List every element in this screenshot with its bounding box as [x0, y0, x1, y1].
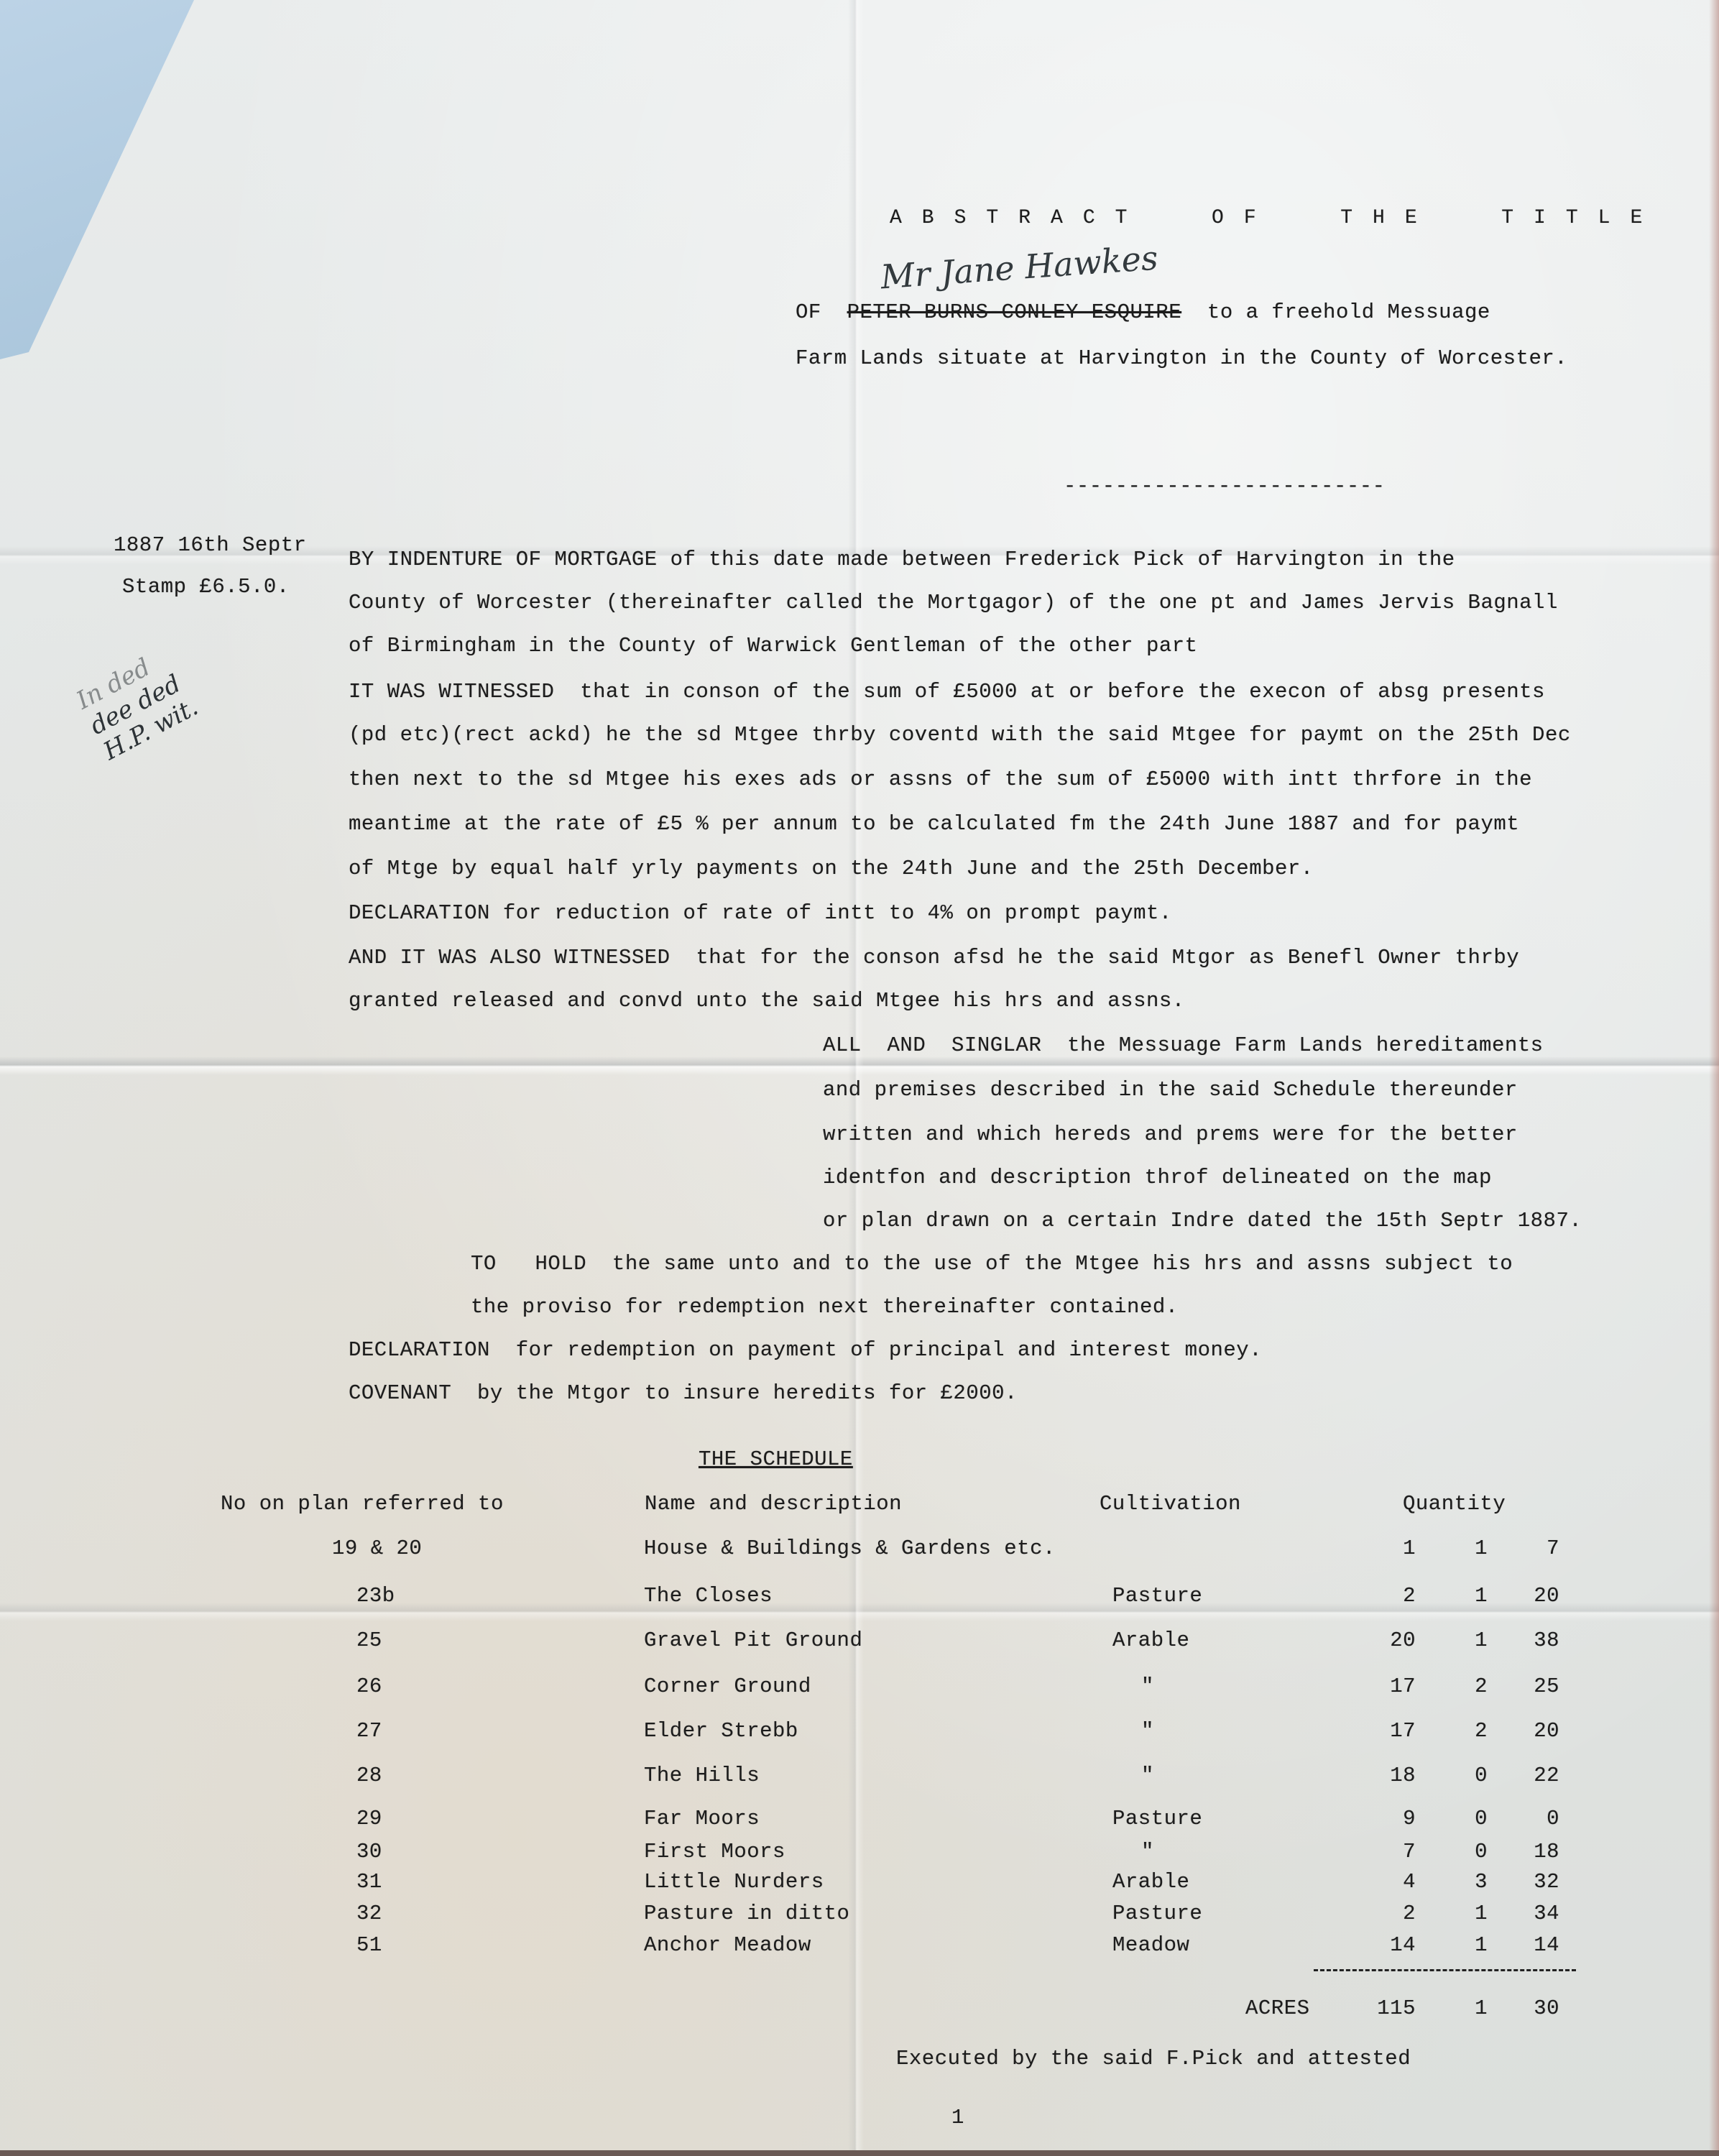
recital-line: of Mtge by equal half yrly payments on t… — [349, 857, 1314, 880]
quantity-roods: 2 — [1459, 1674, 1488, 1698]
margin-stamp: Stamp £6.5.0. — [122, 575, 290, 599]
quantity-perches: 25 — [1516, 1674, 1559, 1698]
quantity-roods: 3 — [1459, 1870, 1488, 1894]
quantity-roods: 0 — [1459, 1764, 1488, 1787]
col-header-cultivation: Cultivation — [1100, 1492, 1241, 1516]
quantity-acres: 20 — [1351, 1628, 1416, 1652]
recital-line: AND IT WAS ALSO WITNESSED that for the c… — [349, 946, 1519, 969]
parcel-name: Pasture in ditto — [644, 1902, 849, 1925]
parcel-name: Gravel Pit Ground — [644, 1628, 862, 1652]
margin-date: 1887 16th Septr — [114, 533, 307, 557]
page-number: 1 — [951, 2106, 964, 2129]
plan-number: 32 — [356, 1902, 382, 1925]
quantity-roods: 1 — [1459, 1628, 1488, 1652]
parcels-line: written and which hereds and prems were … — [823, 1123, 1518, 1146]
schedule-heading: THE SCHEDULE — [699, 1447, 853, 1471]
quantity-acres: 2 — [1351, 1902, 1416, 1925]
parcels-line: and premises described in the said Sched… — [823, 1078, 1518, 1102]
recital-line: granted released and convd unto the said… — [349, 989, 1185, 1013]
quantity-acres: 2 — [1351, 1584, 1416, 1608]
quantity-acres: 17 — [1351, 1719, 1416, 1743]
quantity-perches: 32 — [1516, 1870, 1559, 1894]
struck-out-name: PETER BURNS-CONLEY ESQUIRE — [847, 300, 1181, 324]
total-label: ACRES — [1245, 1996, 1310, 2020]
quantity-perches: 0 — [1516, 1807, 1559, 1830]
quantity-perches: 20 — [1516, 1584, 1559, 1608]
parcel-name: Elder Strebb — [644, 1719, 798, 1743]
quantity-acres: 17 — [1351, 1674, 1416, 1698]
plan-number: 25 — [356, 1628, 382, 1652]
total-acres: 115 — [1351, 1996, 1416, 2020]
parcels-line: ALL AND SINGLAR the Messuage Farm Lands … — [823, 1033, 1544, 1057]
parcel-name: Anchor Meadow — [644, 1933, 811, 1957]
recital-line: then next to the sd Mtgee his exes ads o… — [349, 768, 1532, 791]
recital-line: meantime at the rate of £5 % per annum t… — [349, 812, 1519, 836]
quantity-perches: 34 — [1516, 1902, 1559, 1925]
recital-line: BY INDENTURE OF MORTGAGE of this date ma… — [349, 548, 1455, 571]
plan-number: 28 — [356, 1764, 382, 1787]
quantity-roods: 1 — [1459, 1584, 1488, 1608]
habendum-line-1: TO HOLD the same unto and to the use of … — [471, 1252, 1513, 1276]
quantity-roods: 1 — [1459, 1537, 1488, 1560]
quantity-perches: 7 — [1516, 1537, 1559, 1560]
execution-note: Executed by the said F.Pick and attested — [896, 2047, 1411, 2070]
covenant-insure: COVENANT by the Mtgor to insure heredits… — [349, 1381, 1018, 1405]
of-prefix: OF — [796, 300, 821, 324]
document-title: ABSTRACT OF THE TITLE — [890, 207, 1662, 229]
parcels-line: or plan drawn on a certain Indre dated t… — [823, 1209, 1582, 1233]
quantity-acres: 18 — [1351, 1764, 1416, 1787]
total-perches: 30 — [1516, 1996, 1559, 2020]
parcel-name: First Moors — [644, 1840, 785, 1864]
quantity-perches: 14 — [1516, 1933, 1559, 1957]
parcel-name: The Hills — [644, 1764, 760, 1787]
title-line-2: Farm Lands situate at Harvington in the … — [796, 346, 1567, 370]
col-header-plan-no: No on plan referred to — [221, 1492, 504, 1516]
parcel-name: The Closes — [644, 1584, 773, 1608]
parcel-name: House & Buildings & Gardens etc. — [644, 1537, 1056, 1560]
quantity-acres: 1 — [1351, 1537, 1416, 1560]
quantity-perches: 38 — [1516, 1628, 1559, 1652]
cultivation: Pasture — [1112, 1902, 1202, 1925]
plan-number: 31 — [356, 1870, 382, 1894]
cultivation: Meadow — [1112, 1933, 1189, 1957]
plan-number: 23b — [356, 1584, 395, 1608]
parcel-name: Far Moors — [644, 1807, 760, 1830]
paper-edge-bottom — [0, 2150, 1719, 2156]
declaration-redemption: DECLARATION for redemption on payment of… — [349, 1338, 1262, 1362]
title-line-rest: to a freehold Messuage — [1207, 300, 1490, 324]
plan-number: 30 — [356, 1840, 382, 1864]
parcels-line: identfon and description throf delineate… — [823, 1166, 1492, 1189]
recital-line: County of Worcester (thereinafter called… — [349, 591, 1558, 614]
separator-line: ------------------------- — [1064, 474, 1386, 498]
quantity-acres: 9 — [1351, 1807, 1416, 1830]
plan-number: 19 & 20 — [332, 1537, 422, 1560]
cultivation: " — [1141, 1674, 1154, 1698]
cultivation: " — [1141, 1840, 1154, 1864]
recital-line: of Birmingham in the County of Warwick G… — [349, 634, 1198, 658]
plan-number: 27 — [356, 1719, 382, 1743]
paper-edge-right — [1709, 0, 1719, 2156]
quantity-acres: 14 — [1351, 1933, 1416, 1957]
cultivation: Arable — [1112, 1628, 1189, 1652]
cultivation: " — [1141, 1764, 1154, 1787]
quantity-perches: 22 — [1516, 1764, 1559, 1787]
total-roods: 1 — [1459, 1996, 1488, 2020]
total-rule — [1314, 1969, 1576, 1971]
quantity-roods: 1 — [1459, 1933, 1488, 1957]
recital-line: IT WAS WITNESSED that in conson of the s… — [349, 680, 1545, 704]
plan-number: 29 — [356, 1807, 382, 1830]
cultivation: " — [1141, 1719, 1154, 1743]
title-line-1: OF PETER BURNS-CONLEY ESQUIRE to a freeh… — [796, 300, 1490, 324]
parcel-name: Corner Ground — [644, 1674, 811, 1698]
quantity-acres: 7 — [1351, 1840, 1416, 1864]
cultivation: Pasture — [1112, 1584, 1202, 1608]
quantity-perches: 18 — [1516, 1840, 1559, 1864]
recital-line: (pd etc)(rect ackd) he the sd Mtgee thrb… — [349, 723, 1571, 747]
cultivation: Arable — [1112, 1870, 1189, 1894]
col-header-quantity: Quantity — [1403, 1492, 1506, 1516]
habendum-line-2: the proviso for redemption next thereina… — [471, 1295, 1179, 1319]
quantity-roods: 0 — [1459, 1840, 1488, 1864]
cultivation: Pasture — [1112, 1807, 1202, 1830]
quantity-perches: 20 — [1516, 1719, 1559, 1743]
recital-line: DECLARATION for reduction of rate of int… — [349, 901, 1172, 925]
quantity-roods: 1 — [1459, 1902, 1488, 1925]
parcel-name: Little Nurders — [644, 1870, 824, 1894]
quantity-roods: 0 — [1459, 1807, 1488, 1830]
plan-number: 51 — [356, 1933, 382, 1957]
col-header-name: Name and description — [645, 1492, 902, 1516]
plan-number: 26 — [356, 1674, 382, 1698]
quantity-roods: 2 — [1459, 1719, 1488, 1743]
quantity-acres: 4 — [1351, 1870, 1416, 1894]
